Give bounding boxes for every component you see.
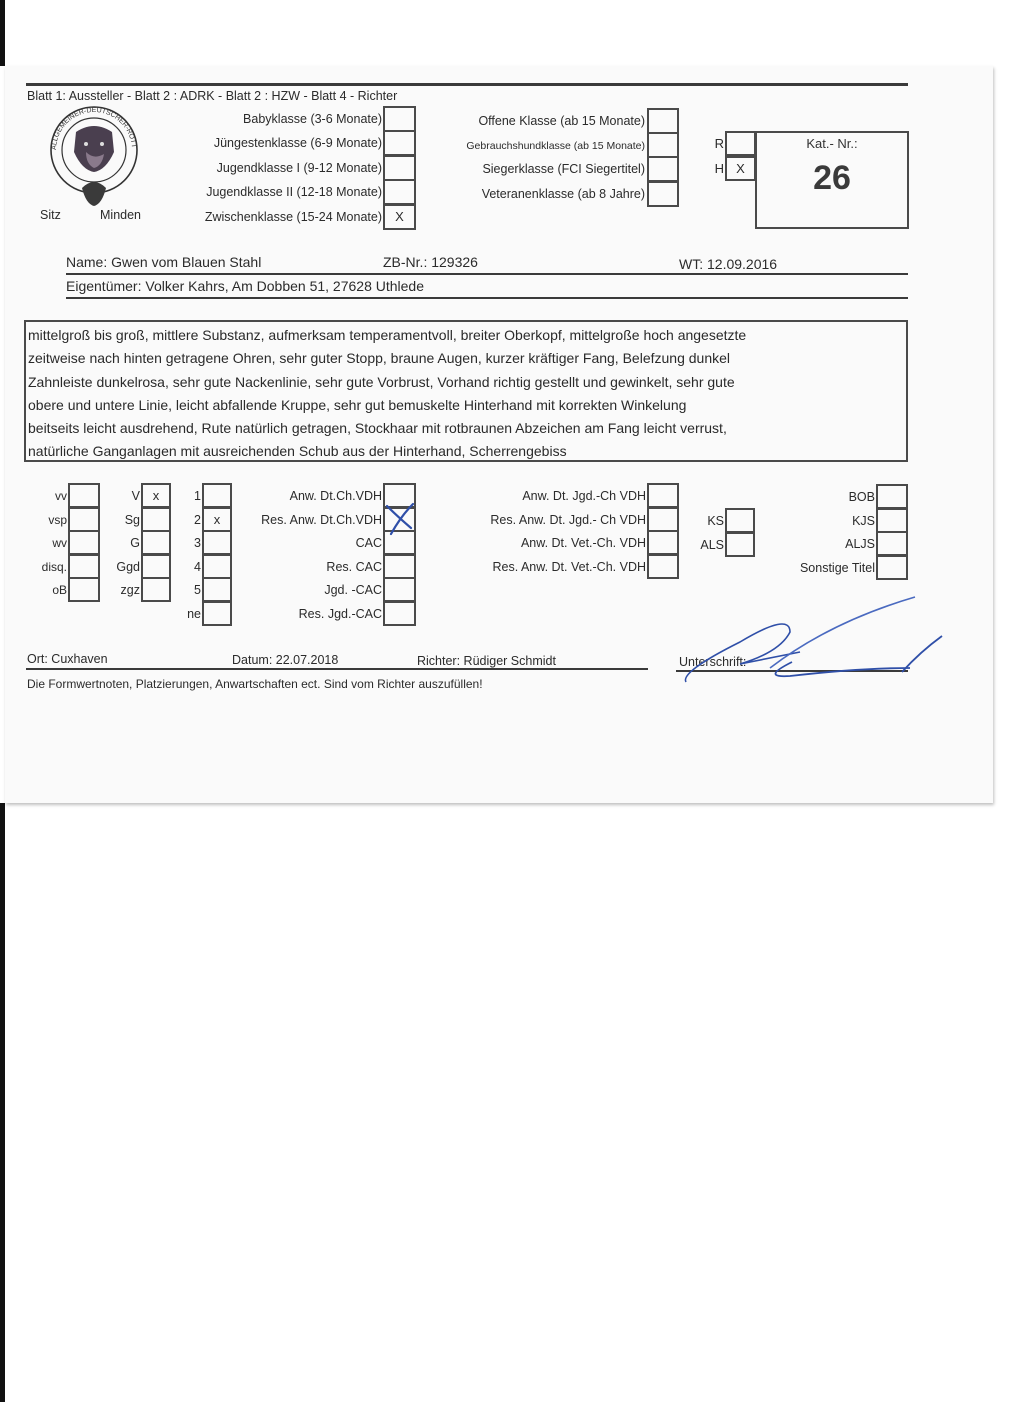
grading-label: Res. CAC xyxy=(182,560,382,574)
grading-checkbox[interactable] xyxy=(383,601,416,626)
class-checkbox[interactable] xyxy=(383,155,416,181)
grading-label: ne xyxy=(1,607,201,621)
class-label: Gebrauchshundklasse (ab 15 Monate) xyxy=(420,140,645,152)
sex-label-h: H xyxy=(700,161,724,176)
description-line: natürliche Ganganlagen mit ausreichenden… xyxy=(28,440,906,463)
class-checkbox[interactable] xyxy=(647,132,679,158)
logo-seat-right: Minden xyxy=(100,208,141,222)
dog-whelp-date: WT: 12.09.2016 xyxy=(679,256,777,272)
grading-label: CAC xyxy=(182,536,382,550)
sex-checkbox-h[interactable]: X xyxy=(725,156,756,181)
grading-label: 1 xyxy=(1,489,201,503)
rottweiler-club-emblem-icon: ALLGEMEINER-DEUTSCHER-ROTTWEILER-KLUB e.… xyxy=(42,104,146,208)
footer-rule-left xyxy=(26,668,648,670)
handwritten-x-mark-icon xyxy=(383,502,417,536)
grading-checkbox[interactable] xyxy=(876,484,908,509)
grading-checkbox[interactable] xyxy=(876,555,908,580)
class-label: Babyklasse (3-6 Monate) xyxy=(150,112,382,126)
grading-checkbox[interactable] xyxy=(383,577,416,602)
class-label: Zwischenklasse (15-24 Monate) xyxy=(150,210,382,224)
grading-label: Anw. Dt.Ch.VDH xyxy=(182,489,382,503)
description-line: beitseits leicht ausdrehend, Rute natürl… xyxy=(28,417,906,440)
name-rule xyxy=(66,273,908,275)
grading-label: Res. Jgd.-CAC xyxy=(182,607,382,621)
class-checkbox[interactable] xyxy=(383,106,416,132)
sex-label-r: R xyxy=(700,136,724,151)
footer-judge: Richter: Rüdiger Schmidt xyxy=(417,654,556,668)
grading-label: Anw. Dt. Jgd.-Ch VDH xyxy=(446,489,646,503)
footer-date: Datum: 22.07.2018 xyxy=(232,653,338,667)
grading-label: 2 xyxy=(1,513,201,527)
dog-zb-number: ZB-Nr.: 129326 xyxy=(383,254,478,270)
class-checkbox[interactable] xyxy=(647,156,679,182)
sex-checkbox-r[interactable] xyxy=(725,131,756,156)
dog-name: Name: Gwen vom Blauen Stahl xyxy=(66,254,261,270)
description-line: Zahnleiste dunkelrosa, sehr gute Nackenl… xyxy=(28,371,906,394)
grading-checkbox[interactable] xyxy=(876,508,908,533)
class-checkbox[interactable] xyxy=(647,181,679,207)
grading-label: BOB xyxy=(675,490,875,504)
handwritten-signature-icon xyxy=(680,592,960,692)
judge-description-box: mittelgroß bis groß, mittlere Substanz, … xyxy=(24,320,908,462)
class-checkbox[interactable]: X xyxy=(383,204,416,230)
logo-seat-left: Sitz xyxy=(40,208,61,222)
class-label: Veteranenklasse (ab 8 Jahre) xyxy=(420,187,645,201)
grading-checkbox[interactable] xyxy=(383,554,416,579)
grading-label: Res. Anw. Dt.Ch.VDH xyxy=(182,513,382,527)
catalog-number-label: Kat.- Nr.: xyxy=(757,136,907,151)
catalog-number-box: Kat.- Nr.: 26 xyxy=(755,131,909,229)
dog-owner: Eigentümer: Volker Kahrs, Am Dobben 51, … xyxy=(66,278,424,294)
grading-label: Jgd. -CAC xyxy=(182,583,382,597)
grading-label: KJS xyxy=(675,514,875,528)
description-line: mittelgroß bis groß, mittlere Substanz, … xyxy=(28,324,906,347)
grading-label: 5 xyxy=(1,583,201,597)
catalog-number-value: 26 xyxy=(757,159,907,198)
class-checkbox[interactable] xyxy=(383,130,416,156)
grading-checkbox[interactable] xyxy=(876,531,908,556)
class-label: Offene Klasse (ab 15 Monate) xyxy=(420,114,645,128)
description-line: zeitweise nach hinten getragene Ohren, s… xyxy=(28,347,906,370)
footer-note: Die Formwertnoten, Platzierungen, Anwart… xyxy=(27,677,483,691)
class-label: Jüngestenklasse (6-9 Monate) xyxy=(150,136,382,150)
grading-label: 4 xyxy=(1,560,201,574)
owner-rule xyxy=(66,297,908,299)
class-label: Jugendklasse I (9-12 Monate) xyxy=(150,161,382,175)
grading-label: Sonstige Titel xyxy=(675,561,875,575)
sheet-legend: Blatt 1: Aussteller - Blatt 2 : ADRK - B… xyxy=(27,89,397,103)
grading-label: Res. Anw. Dt. Vet.-Ch. VDH xyxy=(446,560,646,574)
class-checkbox[interactable] xyxy=(383,179,416,205)
scan-edge xyxy=(0,803,5,1402)
grading-label: 3 xyxy=(1,536,201,550)
scan-edge xyxy=(0,0,5,66)
class-label: Jugendklasse II (12-18 Monate) xyxy=(150,185,382,199)
description-line: obere und untere Linie, leicht abfallend… xyxy=(28,394,906,417)
footer-place: Ort: Cuxhaven xyxy=(27,652,108,666)
class-label: Siegerklasse (FCI Siegertitel) xyxy=(420,162,645,176)
grading-label: ALJS xyxy=(675,537,875,551)
top-rule xyxy=(26,83,908,86)
class-checkbox[interactable] xyxy=(647,108,679,134)
